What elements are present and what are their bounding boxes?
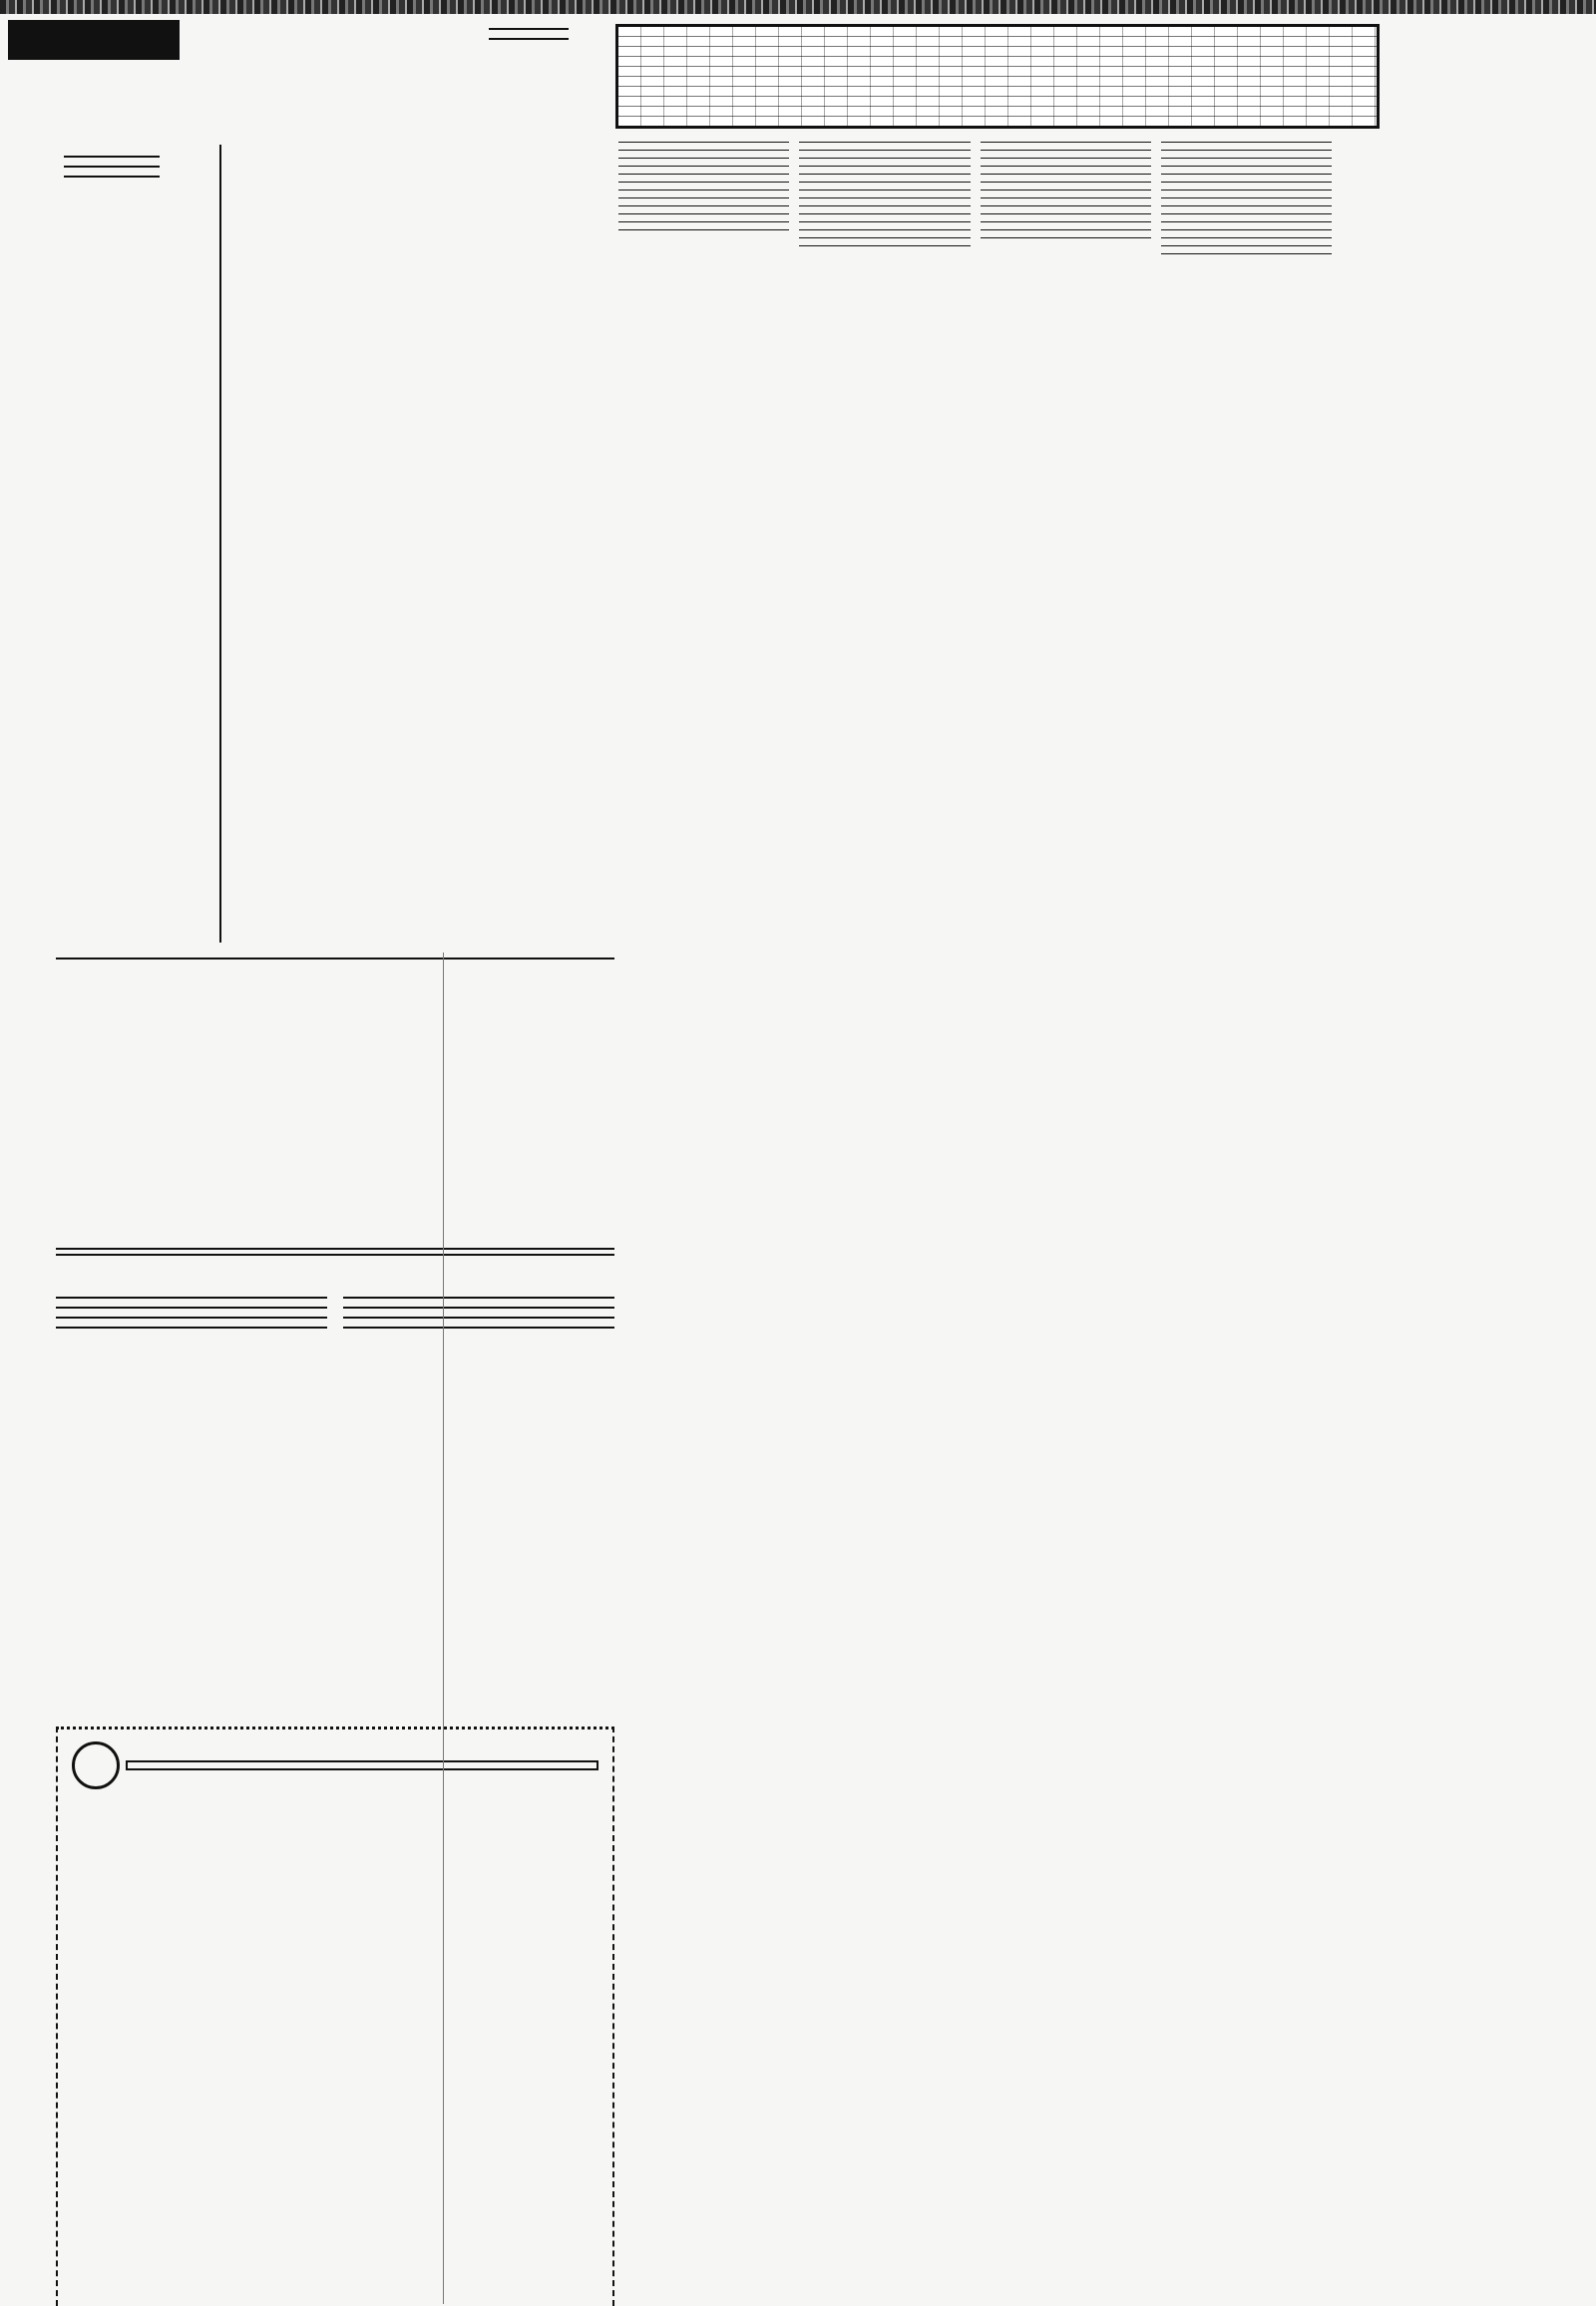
page-top-border: [0, 0, 1596, 14]
classified-ad: [799, 143, 970, 151]
classified-ad: [981, 191, 1151, 198]
classified-ad: [618, 222, 789, 230]
classified-ads: [618, 135, 1332, 1312]
divider: [64, 166, 160, 168]
doctor-note: [56, 1289, 327, 1299]
doctor-entry: [56, 1309, 327, 1319]
classified-ad: [799, 191, 970, 198]
doctor-entry: [56, 1299, 327, 1309]
classified-ad: [981, 175, 1151, 183]
classified-ad: [618, 214, 789, 222]
classifieds-banner-title: [618, 24, 1377, 129]
classified-ad: [981, 206, 1151, 214]
classified-ad: [981, 183, 1151, 191]
classified-ad: [981, 214, 1151, 222]
classified-ad: [981, 198, 1151, 206]
classified-ad: [618, 167, 789, 175]
classified-ad: [799, 183, 970, 191]
classified-ad: [1161, 230, 1332, 238]
classified-ad: [799, 159, 970, 167]
column-1: [16, 148, 207, 946]
classified-ad: [799, 222, 970, 230]
classified-ad: [981, 230, 1151, 238]
classified-ad: [1161, 198, 1332, 206]
classified-ad: [1161, 222, 1332, 230]
classified-ad: [618, 183, 789, 191]
classified-column: [1161, 135, 1332, 1312]
classified-ad: [981, 167, 1151, 175]
classified-ad: [1161, 167, 1332, 175]
classified-column: [799, 135, 970, 1312]
doctors-left-column: [56, 1289, 327, 1718]
classified-ad: [618, 206, 789, 214]
classified-ad: [618, 143, 789, 151]
classified-ad: [1161, 151, 1332, 159]
classified-ad: [618, 198, 789, 206]
divider: [489, 38, 569, 40]
classified-ad: [1161, 135, 1332, 143]
classified-ad: [799, 214, 970, 222]
classified-ad: [618, 159, 789, 167]
classified-ad: [618, 175, 789, 183]
divider: [64, 156, 160, 158]
classified-ad: [1161, 143, 1332, 151]
third-column: [443, 20, 608, 953]
divider: [64, 176, 160, 178]
classified-ad: [1161, 214, 1332, 222]
classified-ad: [1161, 175, 1332, 183]
classified-ad: [799, 238, 970, 246]
maritime-column-1: [56, 1017, 327, 1242]
classified-ad: [618, 151, 789, 159]
classified-ad: [1161, 246, 1332, 254]
classified-ad: [799, 175, 970, 183]
divider: [489, 28, 569, 30]
classifieds-banner: [615, 24, 1380, 129]
classified-column: [981, 135, 1151, 1312]
classified-ad: [618, 191, 789, 198]
classified-ad: [1161, 183, 1332, 191]
classified-ad: [981, 135, 1151, 143]
classified-ad: [981, 222, 1151, 230]
classified-ad: [981, 151, 1151, 159]
doctor-entry: [56, 1329, 327, 1337]
deh-logo-icon: [72, 1741, 120, 1789]
classified-ad: [981, 159, 1151, 167]
classified-column: [618, 135, 789, 1312]
classified-ad: [799, 151, 970, 159]
classified-ad: [799, 198, 970, 206]
classified-ad: [618, 135, 789, 143]
column-2: [219, 145, 411, 943]
classified-ad: [1161, 238, 1332, 246]
classified-ad: [1161, 159, 1332, 167]
classified-ad: [981, 143, 1151, 151]
classified-ad: [1161, 206, 1332, 214]
classified-ad: [799, 167, 970, 175]
page-section-logo: [8, 20, 180, 60]
classified-ad: [799, 135, 970, 143]
classified-ad: [1161, 191, 1332, 198]
doctor-entry: [56, 1319, 327, 1329]
classified-ad: [799, 206, 970, 214]
classified-ad: [799, 230, 970, 238]
